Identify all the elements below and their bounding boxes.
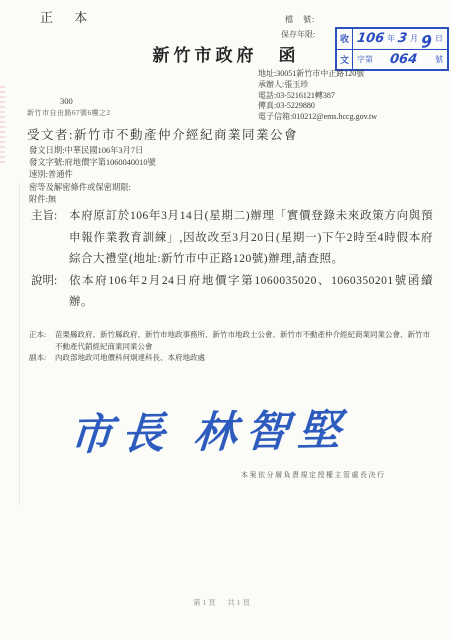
scan-artifact (0, 86, 5, 164)
original-recipients-text: 苗栗縣政府、新竹縣政府、新竹市地政事務所、新竹市地政士公會、新竹市不動產仲介經紀… (55, 329, 435, 352)
page-number: 第1頁 共1頁 (193, 597, 252, 608)
original-recipients-label: 正本: (29, 329, 55, 352)
stamp-left-column: 收 文 (337, 29, 353, 69)
copy-recipients-label: 副本: (29, 352, 55, 364)
recipient-address: 新竹市自由路67號6樓之2 (27, 108, 111, 118)
stamp-day-unit: 日 (435, 33, 443, 44)
scan-artifact (19, 183, 20, 505)
recipient-line: 受文者:新竹市不動產仲介經紀商業同業公會 (27, 125, 298, 143)
mayor-signature: 市長 林智堅 (68, 397, 352, 463)
file-number-label: 檔 號: (285, 14, 315, 25)
subject-paragraph: 主旨: 本府原訂於106年3月14日(星期二)辦理「實價登錄未來政策方向與預申報… (31, 206, 433, 271)
copy-recipients-text: 內政部地政司地價科何炯達科長、本府地政處 (55, 352, 435, 364)
meta-priority: 速別:普通件 (29, 169, 156, 181)
sender-email: 電子信箱:010212@ems.hccg.gov.tw (258, 112, 377, 123)
stamp-number-value: 064 (389, 52, 418, 67)
stamp-main-area: 106 年 3 月 9 日 字第 064 號 (353, 29, 447, 69)
stamp-number-unit: 號 (435, 54, 443, 65)
stamp-doc-char: 文 (337, 50, 352, 70)
stamp-month-value: 3 (397, 31, 408, 46)
stamp-year-unit: 年 (387, 33, 395, 44)
delegation-note: 本案依分層負責規定授權主管處長決行 (241, 470, 386, 480)
stamp-number-row: 字第 064 號 (353, 50, 447, 70)
received-date-stamp: 收 文 106 年 3 月 9 日 字第 064 號 (335, 27, 449, 71)
meta-attachment: 附件:無 (29, 194, 156, 206)
copy-recipients-row: 副本: 內政部地政司地價科何炯達科長、本府地政處 (29, 352, 435, 364)
stamp-year-value: 106 (356, 31, 385, 46)
note-text: 依本府106年2月24日府地價字第1060035020、1060350201號函… (69, 271, 433, 314)
note-label: 說明: (31, 271, 69, 314)
scanned-official-letter: 正 本 檔 號: 保存年限: 新竹市政府 函 收 文 106 年 3 月 9 日… (0, 0, 452, 640)
meta-issue-date: 發文日期:中華民國106年3月7日 (29, 145, 156, 157)
retention-period-label: 保存年限: (281, 29, 315, 40)
stamp-recv-char: 收 (337, 29, 352, 50)
stamp-date-row: 106 年 3 月 9 日 (353, 29, 447, 50)
meta-doc-number: 發文字號:府地價字第1060040010號 (29, 157, 156, 169)
original-recipients-row: 正本: 苗栗縣政府、新竹縣政府、新竹市地政事務所、新竹市地政士公會、新竹市不動產… (29, 329, 435, 352)
sender-handler: 承辦人:張玉珍 (258, 80, 377, 91)
stamp-month-unit: 月 (410, 33, 418, 44)
distribution-block: 正本: 苗栗縣政府、新竹縣政府、新竹市地政事務所、新竹市地政士公會、新竹市不動產… (29, 329, 435, 364)
recipient-zip: 300 (60, 96, 73, 106)
sender-fax: 傳真:03-5229880 (258, 101, 377, 112)
subject-label: 主旨: (31, 206, 69, 271)
sender-phone: 電話:03-5216121轉387 (258, 91, 377, 102)
letter-body: 主旨: 本府原訂於106年3月14日(星期二)辦理「實價登錄未來政策方向與預申報… (31, 206, 433, 314)
sender-address: 地址:30051新竹市中正路120號 (258, 69, 377, 80)
copy-type-label: 正 本 (40, 7, 96, 26)
note-paragraph: 說明: 依本府106年2月24日府地價字第1060035020、10603502… (31, 271, 433, 314)
meta-classification: 密等及解密條件或保密期限: (29, 182, 156, 194)
subject-text: 本府原訂於106年3月14日(星期二)辦理「實價登錄未來政策方向與預申報作業教育… (69, 206, 433, 271)
document-meta-block: 發文日期:中華民國106年3月7日 發文字號:府地價字第1060040010號 … (29, 145, 156, 206)
stamp-number-prefix: 字第 (357, 54, 373, 65)
stamp-day-value: 9 (421, 31, 433, 52)
sender-contact-block: 地址:30051新竹市中正路120號 承辦人:張玉珍 電話:03-5216121… (258, 69, 377, 123)
